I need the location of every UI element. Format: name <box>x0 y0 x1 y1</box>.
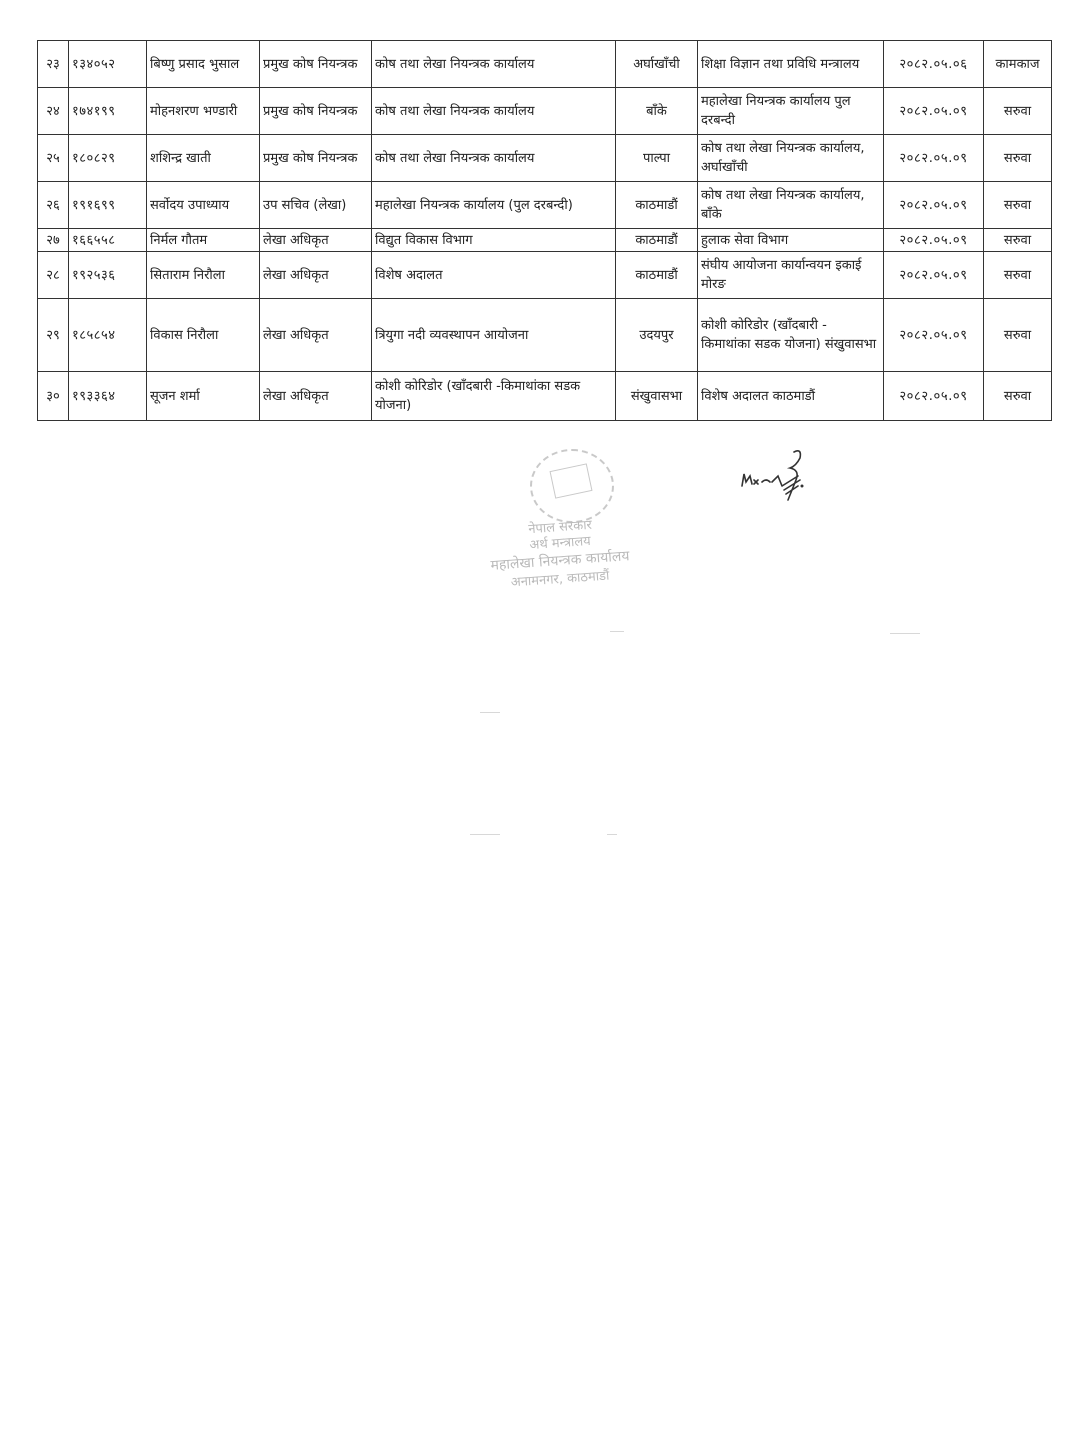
table-row: ३० १९३३६४ सूजन शर्मा लेखा अधिकृत कोशी को… <box>38 372 1052 421</box>
current-office: विशेष अदालत <box>372 252 616 299</box>
district: काठमाडौं <box>616 229 698 252</box>
post: प्रमुख कोष नियन्त्रक <box>260 135 372 182</box>
table-row: २९ १८५८५४ विकास निरौला लेखा अधिकृत त्रिय… <box>38 299 1052 372</box>
post: लेखा अधिकृत <box>260 372 372 421</box>
employee-id: १६६५५८ <box>69 229 147 252</box>
transfer-type: सरुवा <box>984 135 1052 182</box>
employee-name: सर्वोदय उपाध्याय <box>147 182 260 229</box>
emblem-seal-icon <box>530 449 614 523</box>
new-office: कोष तथा लेखा नियन्त्रक कार्यालय, बाँके <box>698 182 884 229</box>
serial-number: २८ <box>38 252 69 299</box>
transfer-type: कामकाज <box>984 41 1052 88</box>
employee-id: १८५८५४ <box>69 299 147 372</box>
employee-id: १९१६९९ <box>69 182 147 229</box>
serial-number: २७ <box>38 229 69 252</box>
current-office: विद्युत विकास विभाग <box>372 229 616 252</box>
signature-icon <box>738 446 818 506</box>
employee-id: १७४१९९ <box>69 88 147 135</box>
current-office: कोशी कोरिडोर (खाँदबारी -किमाथांका सडक यो… <box>372 372 616 421</box>
post: प्रमुख कोष नियन्त्रक <box>260 41 372 88</box>
serial-number: २६ <box>38 182 69 229</box>
table-row: २७ १६६५५८ निर्मल गौतम लेखा अधिकृत विद्यु… <box>38 229 1052 252</box>
decision-date: २०८२.०५.०९ <box>884 135 984 182</box>
office-stamp: नेपाल सरकार अर्थ मन्त्रालय महालेखा नियन्… <box>470 445 650 605</box>
district: संखुवासभा <box>616 372 698 421</box>
employee-name: सूजन शर्मा <box>147 372 260 421</box>
post: प्रमुख कोष नियन्त्रक <box>260 88 372 135</box>
current-office: कोष तथा लेखा नियन्त्रक कार्यालय <box>372 41 616 88</box>
decision-date: २०८२.०५.०९ <box>884 229 984 252</box>
current-office: त्रियुगा नदी व्यवस्थापन आयोजना <box>372 299 616 372</box>
new-office: हुलाक सेवा विभाग <box>698 229 884 252</box>
post: लेखा अधिकृत <box>260 229 372 252</box>
table-row: २३ १३४०५२ बिष्णु प्रसाद भुसाल प्रमुख कोष… <box>38 41 1052 88</box>
new-office: संघीय आयोजना कार्यान्वयन इकाई मोरङ <box>698 252 884 299</box>
transfer-table: २३ १३४०५२ बिष्णु प्रसाद भुसाल प्रमुख कोष… <box>37 40 1052 421</box>
decision-date: २०८२.०५.०९ <box>884 88 984 135</box>
employee-id: १८०८२९ <box>69 135 147 182</box>
serial-number: ३० <box>38 372 69 421</box>
new-office: कोष तथा लेखा नियन्त्रक कार्यालय, अर्घाखा… <box>698 135 884 182</box>
serial-number: २९ <box>38 299 69 372</box>
district: अर्घाखाँची <box>616 41 698 88</box>
serial-number: २४ <box>38 88 69 135</box>
transfer-type: सरुवा <box>984 372 1052 421</box>
table-row: २८ १९२५३६ सिताराम निरौला लेखा अधिकृत विश… <box>38 252 1052 299</box>
serial-number: २५ <box>38 135 69 182</box>
decision-date: २०८२.०५.०९ <box>884 252 984 299</box>
decision-date: २०८२.०५.०९ <box>884 182 984 229</box>
employee-id: १३४०५२ <box>69 41 147 88</box>
employee-name: सिताराम निरौला <box>147 252 260 299</box>
district: बाँके <box>616 88 698 135</box>
decision-date: २०८२.०५.०९ <box>884 372 984 421</box>
post: उप सचिव (लेखा) <box>260 182 372 229</box>
transfer-type: सरुवा <box>984 299 1052 372</box>
employee-name: बिष्णु प्रसाद भुसाल <box>147 41 260 88</box>
serial-number: २३ <box>38 41 69 88</box>
district: काठमाडौं <box>616 182 698 229</box>
employee-name: शशिन्द्र खाती <box>147 135 260 182</box>
table-row: २६ १९१६९९ सर्वोदय उपाध्याय उप सचिव (लेखा… <box>38 182 1052 229</box>
post: लेखा अधिकृत <box>260 299 372 372</box>
new-office: शिक्षा विज्ञान तथा प्रविधि मन्त्रालय <box>698 41 884 88</box>
employee-name: निर्मल गौतम <box>147 229 260 252</box>
transfer-type: सरुवा <box>984 88 1052 135</box>
current-office: कोष तथा लेखा नियन्त्रक कार्यालय <box>372 88 616 135</box>
transfer-type: सरुवा <box>984 252 1052 299</box>
new-office: महालेखा नियन्त्रक कार्यालय पुल दरबन्दी <box>698 88 884 135</box>
transfer-type: सरुवा <box>984 182 1052 229</box>
district: उदयपुर <box>616 299 698 372</box>
current-office: महालेखा नियन्त्रक कार्यालय (पुल दरबन्दी) <box>372 182 616 229</box>
district: काठमाडौं <box>616 252 698 299</box>
employee-id: १९२५३६ <box>69 252 147 299</box>
employee-id: १९३३६४ <box>69 372 147 421</box>
new-office: कोशी कोरिडोर (खाँदबारी - किमाथांका सडक य… <box>698 299 884 372</box>
decision-date: २०८२.०५.०९ <box>884 299 984 372</box>
table-row: २५ १८०८२९ शशिन्द्र खाती प्रमुख कोष नियन्… <box>38 135 1052 182</box>
decision-date: २०८२.०५.०६ <box>884 41 984 88</box>
new-office: विशेष अदालत काठमाडौं <box>698 372 884 421</box>
post: लेखा अधिकृत <box>260 252 372 299</box>
district: पाल्पा <box>616 135 698 182</box>
current-office: कोष तथा लेखा नियन्त्रक कार्यालय <box>372 135 616 182</box>
transfer-type: सरुवा <box>984 229 1052 252</box>
table-row: २४ १७४१९९ मोहनशरण भण्डारी प्रमुख कोष निय… <box>38 88 1052 135</box>
employee-name: मोहनशरण भण्डारी <box>147 88 260 135</box>
employee-name: विकास निरौला <box>147 299 260 372</box>
document-page: २३ १३४०५२ बिष्णु प्रसाद भुसाल प्रमुख कोष… <box>0 0 1068 1448</box>
